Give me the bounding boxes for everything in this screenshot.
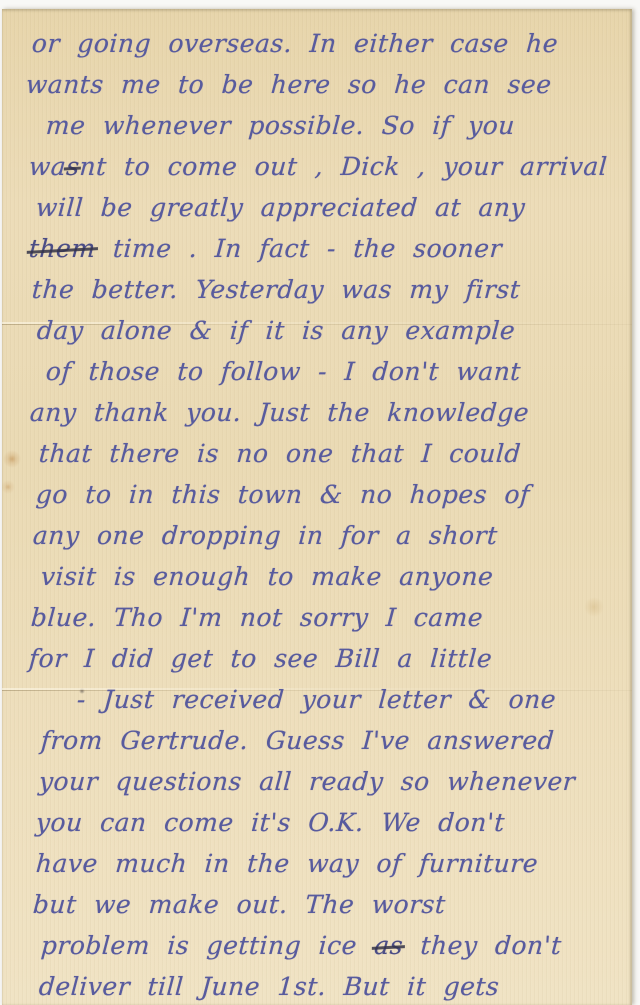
handwriting-text: any one dropping in for a short	[32, 521, 499, 550]
handwriting-text: you can come it's O.K. We don't	[35, 808, 506, 837]
handwriting-line: them time . In fact - the sooner	[2, 228, 632, 269]
handwriting-text: of those to follow - I don't want	[45, 357, 522, 386]
handwriting-text: nt to come out , Dick , your arrival	[79, 152, 609, 181]
handwriting-text: visit is enough to make anyone	[40, 562, 494, 591]
handwriting-lines: or going overseas. In either case hewant…	[2, 23, 632, 1005]
handwriting-line: but we make out. The worst	[2, 884, 632, 925]
struck-word: as	[373, 931, 404, 960]
handwriting-text: problem is getting ice	[40, 931, 375, 960]
handwriting-line: problem is getting ice as they don't	[2, 925, 632, 966]
handwriting-text: but we make out. The worst	[32, 890, 447, 919]
handwriting-line: any one dropping in for a short	[2, 515, 632, 556]
handwriting-line: for I did get to see Bill a little	[2, 638, 632, 679]
handwriting-text: for I did get to see Bill a little	[28, 644, 493, 673]
handwriting-line: - Just received your letter & one	[2, 679, 632, 720]
handwriting-line: you can come it's O.K. We don't	[2, 802, 632, 843]
handwriting-line: that there is no one that I could	[2, 433, 632, 474]
handwriting-text: they don't	[402, 931, 563, 960]
handwriting-text: that there is no one that I could	[38, 439, 522, 468]
handwriting-line: go to in this town & no hopes of	[2, 474, 632, 515]
handwriting-text: wants me to be here so he can see	[25, 70, 553, 99]
handwriting-text: any thank you. Just the knowledge	[29, 398, 530, 427]
handwriting-text: deliver till June 1st. But it gets	[38, 972, 500, 1001]
handwriting-text: me whenever possible. So if you	[45, 111, 516, 140]
struck-word: s	[65, 152, 80, 181]
handwriting-line: or going overseas. In either case he	[2, 23, 632, 64]
handwriting-line: wasnt to come out , Dick , your arrival	[2, 146, 632, 187]
handwriting-line: deliver till June 1st. But it gets	[2, 966, 632, 1005]
handwriting-text: or going overseas. In either case he	[31, 29, 559, 58]
handwriting-line: any thank you. Just the knowledge	[2, 392, 632, 433]
handwriting-line: your questions all ready so whenever	[2, 761, 632, 802]
handwriting-text: go to in this town & no hopes of	[35, 480, 531, 509]
handwriting-text: from Gertrude. Guess I've answered	[40, 726, 555, 755]
handwriting-line: me whenever possible. So if you	[2, 105, 632, 146]
handwriting-text: have much in the way of furniture	[35, 849, 539, 878]
handwriting-line: of those to follow - I don't want	[2, 351, 632, 392]
handwriting-line: from Gertrude. Guess I've answered	[2, 720, 632, 761]
handwriting-line: will be greatly appreciated at any	[2, 187, 632, 228]
handwriting-text: - Just received your letter & one	[76, 685, 557, 714]
handwriting-text: day alone & if it is any example	[36, 316, 516, 345]
handwriting-text: blue. Tho I'm not sorry I came	[30, 603, 484, 632]
letter-page: or going overseas. In either case hewant…	[2, 9, 632, 1005]
handwriting-line: the better. Yesterday was my first	[2, 269, 632, 310]
handwriting-line: visit is enough to make anyone	[2, 556, 632, 597]
handwriting-line: blue. Tho I'm not sorry I came	[2, 597, 632, 638]
handwriting-line: day alone & if it is any example	[2, 310, 632, 351]
handwriting-line: wants me to be here so he can see	[2, 64, 632, 105]
handwriting-text: your questions all ready so whenever	[38, 767, 576, 796]
handwriting-line: have much in the way of furniture	[2, 843, 632, 884]
handwriting-text: the better. Yesterday was my first	[31, 275, 521, 304]
handwriting-text: will be greatly appreciated at any	[35, 193, 526, 222]
struck-word: them	[28, 234, 97, 263]
handwriting-text: wa	[28, 152, 67, 181]
handwriting-text: time . In fact - the sooner	[95, 234, 503, 263]
